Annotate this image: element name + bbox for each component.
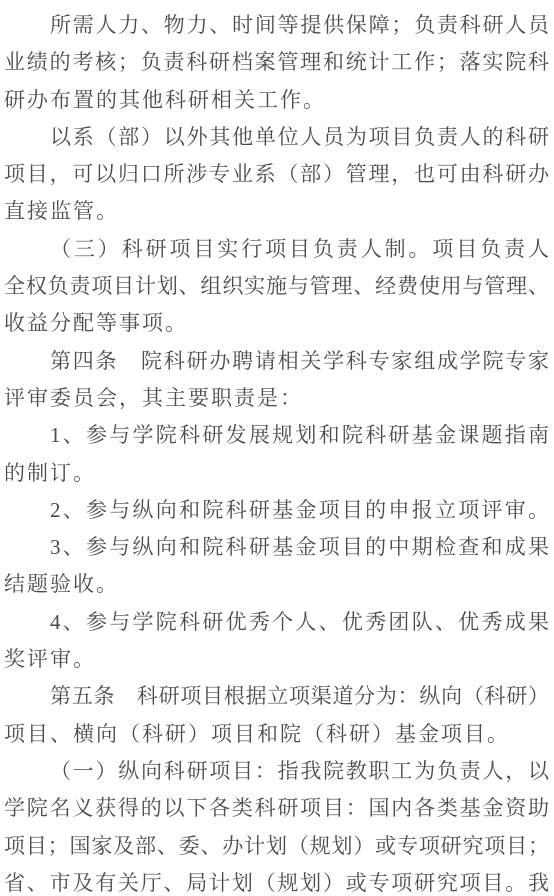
text-line: 项目、横向（科研）项目和院（科研）基金项目。: [4, 716, 549, 753]
text-line: 学院名义获得的以下各类科研项目：国内各类基金资助: [4, 790, 549, 827]
text-line: 所需人力、物力、时间等提供保障；负责科研人员: [4, 7, 549, 44]
text-line: 以系（部）以外其他单位人员为项目负责人的科研: [4, 119, 549, 156]
text-line: 项目，可以归口所涉专业系（部）管理，也可由科研办: [4, 156, 549, 193]
text-line: 奖评审。: [4, 641, 549, 678]
text-line: 省、市及有关厅、局计划（规划）或专项研究项目。我: [4, 865, 549, 896]
text-line: 结题验收。: [4, 566, 549, 603]
text-line: 业绩的考核；负责科研档案管理和统计工作；落实院科: [4, 44, 549, 81]
text-line: 2、参与纵向和院科研基金项目的申报立项评审。: [4, 492, 549, 529]
text-line: 3、参与纵向和院科研基金项目的中期检查和成果: [4, 529, 549, 566]
text-line: 的制订。: [4, 455, 549, 492]
text-line: （三）科研项目实行项目负责人制。项目负责人: [4, 231, 549, 268]
text-line: （一）纵向科研项目：指我院教职工为负责人，以: [4, 753, 549, 790]
text-line: 直接监管。: [4, 193, 549, 230]
text-line: 收益分配等事项。: [4, 305, 549, 342]
text-line: 第四条 院科研办聘请相关学科专家组成学院专家: [4, 343, 549, 380]
text-line: 全权负责项目计划、组织实施与管理、经费使用与管理、: [4, 268, 549, 305]
text-line: 评审委员会，其主要职责是：: [4, 380, 549, 417]
text-line: 研办布置的其他科研相关工作。: [4, 82, 549, 119]
text-line: 4、参与学院科研优秀个人、优秀团队、优秀成果: [4, 604, 549, 641]
document-page: 所需人力、物力、时间等提供保障；负责科研人员业绩的考核；负责科研档案管理和统计工…: [0, 0, 554, 896]
text-line: 第五条 科研项目根据立项渠道分为：纵向（科研）: [4, 678, 549, 715]
text-line: 项目；国家及部、委、办计划（规划）或专项研究项目；: [4, 828, 549, 865]
text-line: 1、参与学院科研发展规划和院科研基金课题指南: [4, 417, 549, 454]
